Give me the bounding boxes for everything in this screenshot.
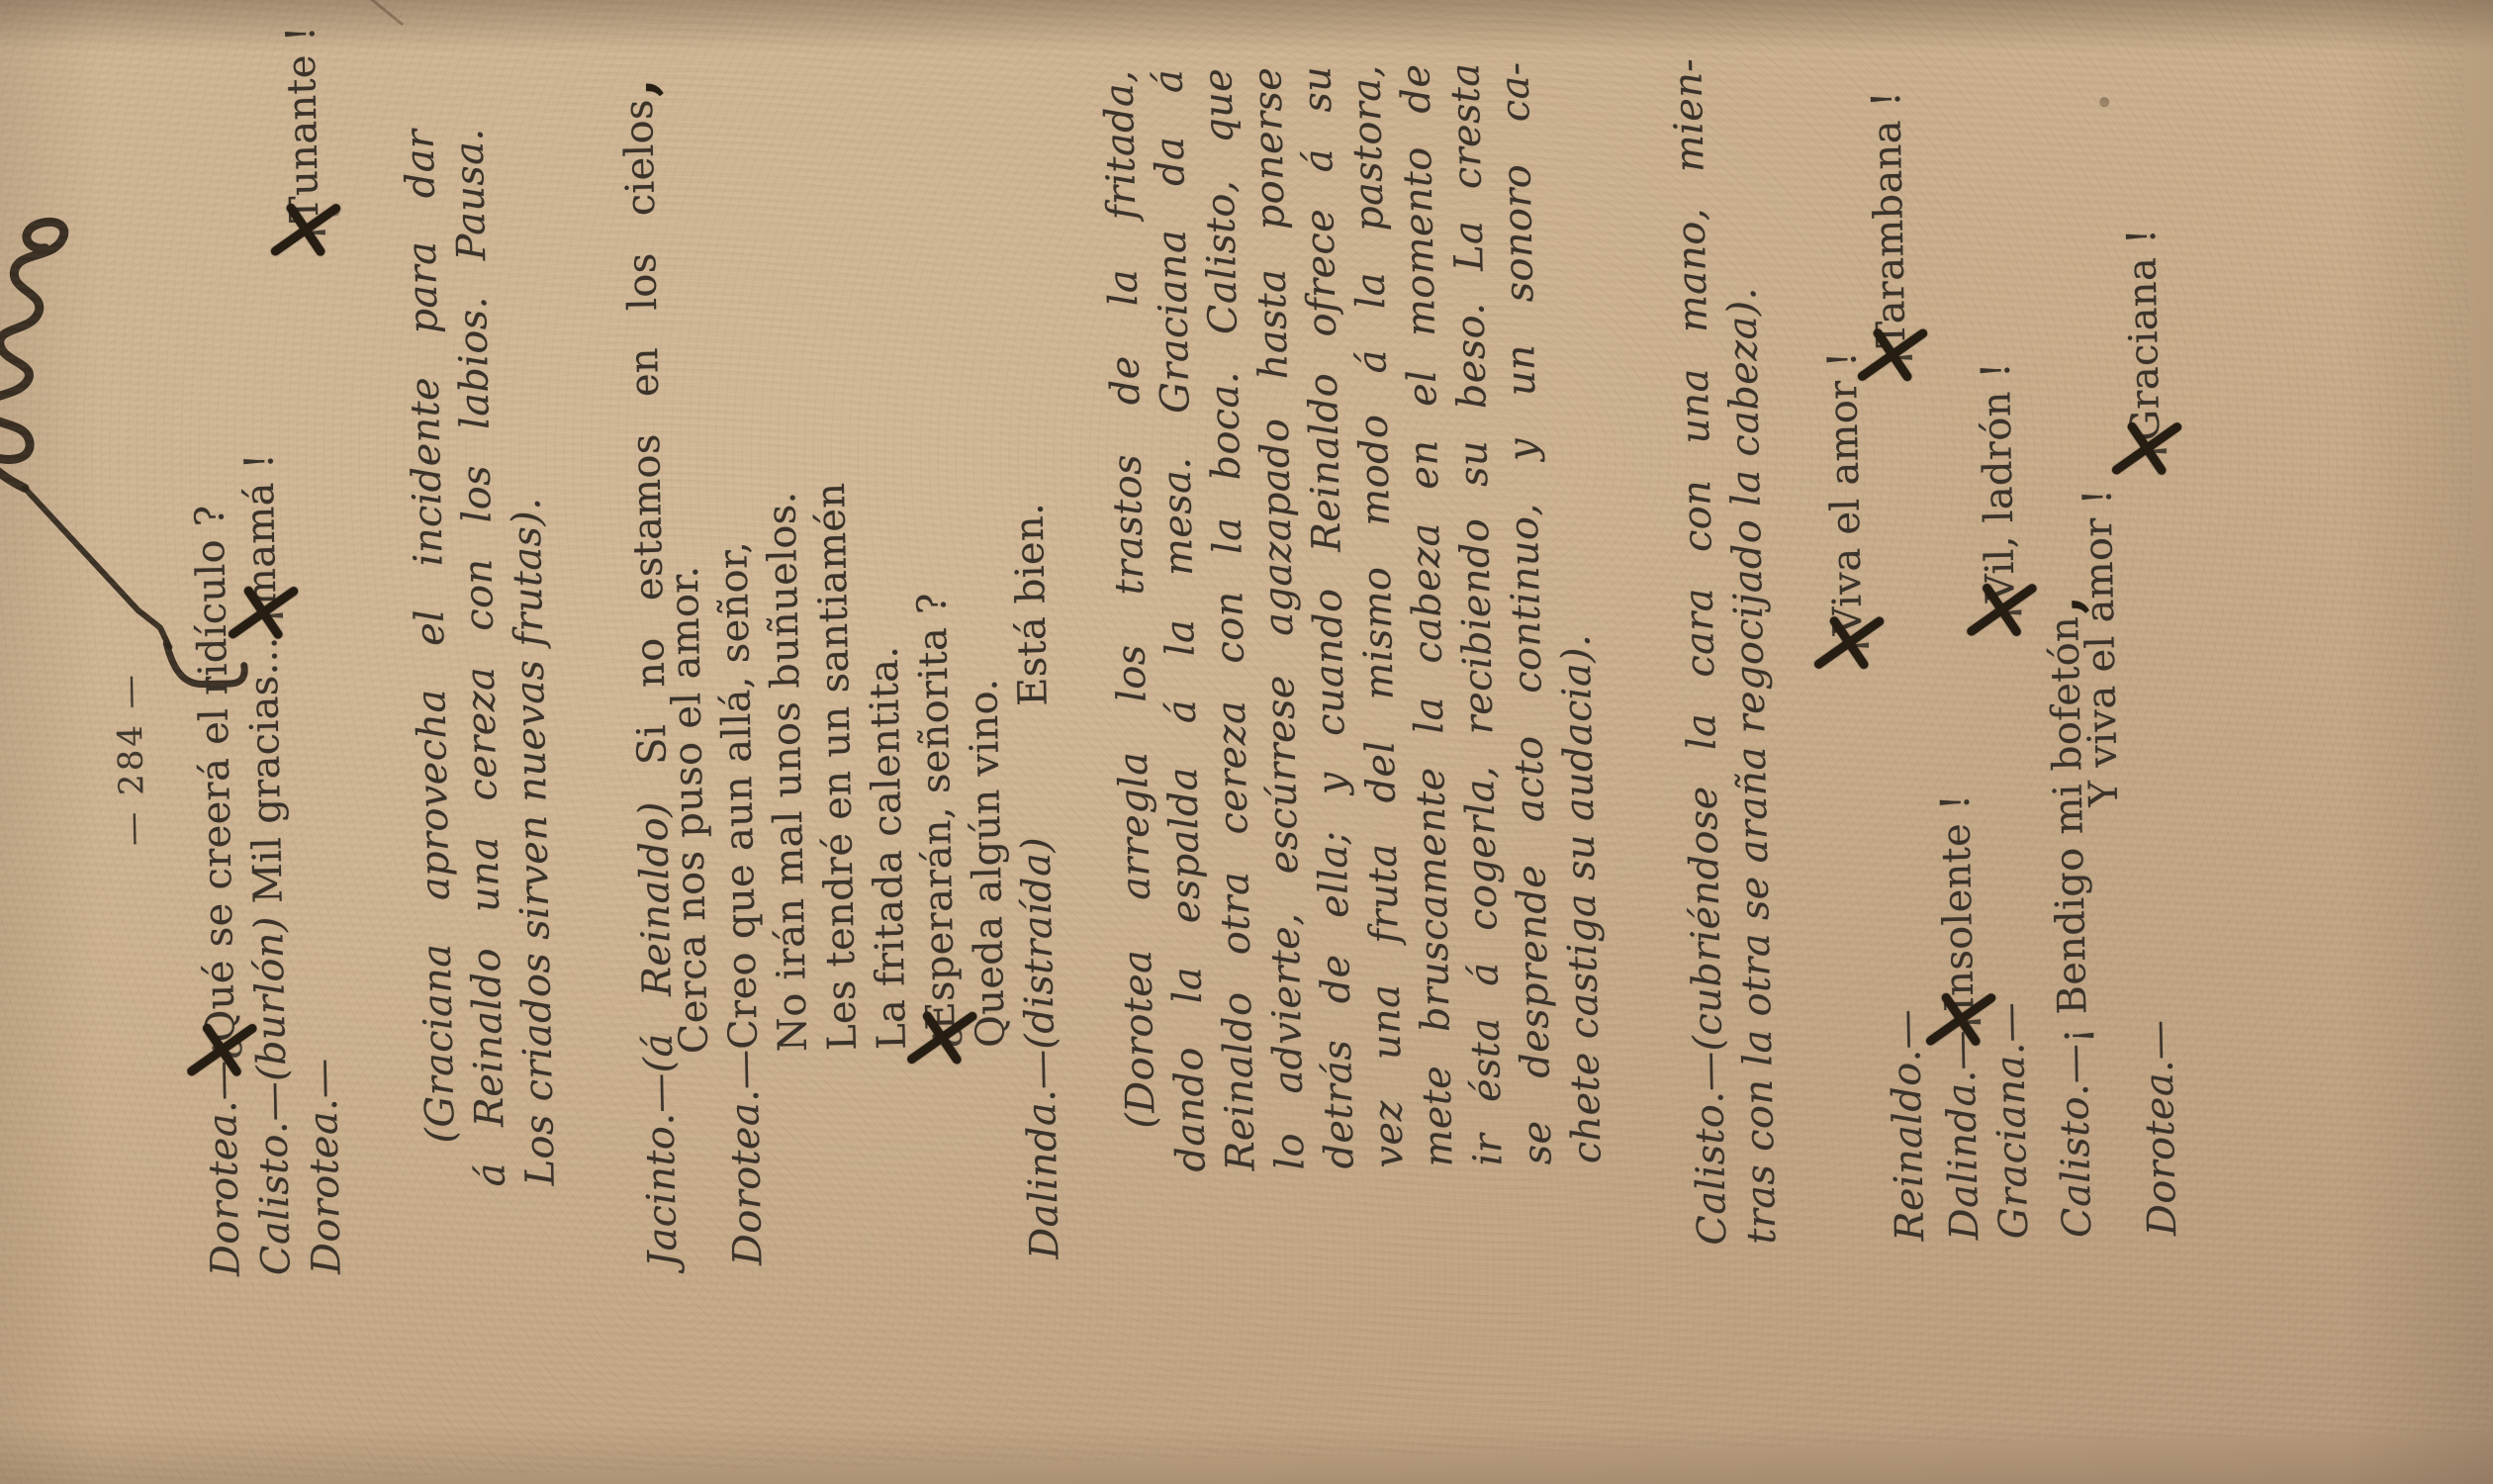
dialogue-text: .— <box>1686 1051 1732 1104</box>
speaker-name: Calisto <box>2052 1096 2100 1239</box>
ink-speck <box>2099 97 2109 107</box>
text-line: Reinaldo.—¡Tarambana ! <box>1885 1009 1932 1242</box>
verse-continuation: ¡Tarambana ! <box>1866 90 1914 366</box>
text-line: Cerca nos puso el amor. <box>664 565 717 1054</box>
dialogue-text: Graciana ! <box>2119 228 2170 441</box>
dialogue-text: .— <box>1986 1002 2033 1056</box>
dialogue-text: Esperarán, señorita ? <box>909 593 964 1031</box>
dialogue-text: .— <box>2136 1019 2182 1072</box>
dialogue-text: .— <box>721 1049 768 1102</box>
text-line: No irán mal unos buñuelos. <box>761 491 815 1052</box>
text-line: La fritada calentita. <box>863 645 914 1050</box>
dialogue-text: Qué se creerá el ridículo ? <box>187 505 243 1043</box>
verse-continuation: ¡Graciana ! <box>2121 228 2169 460</box>
text-line: Y viva el amor ! <box>2077 488 2126 806</box>
speaker-name: Calisto <box>1687 1103 1735 1246</box>
speaker-name: Dalinda <box>1939 1082 1987 1241</box>
dialogue-text: mamá ! <box>236 453 285 606</box>
stage-direction-text: (distraída) <box>1014 837 1063 1051</box>
speaker-name: Dorotea <box>722 1102 771 1266</box>
speaker-name: Calisto <box>251 1134 300 1276</box>
speaker-name: Dorotea <box>301 1111 349 1275</box>
dialogue-text: .— <box>1883 1009 1929 1063</box>
x-mark-over-punctuation: ¡ <box>1871 347 1914 366</box>
dialogue-text: Tunante ! <box>278 25 327 223</box>
dialogue-text: Y viva el amor ! <box>2075 488 2127 806</box>
dialogue-text: La fritada calentita. <box>861 645 915 1050</box>
speaker-name: Graciana <box>1987 1055 2037 1240</box>
verse-continuation: ¡Vil, ladrón ! <box>1976 362 2024 621</box>
text-line: Les tendré en un santiamén <box>810 482 865 1051</box>
text-line: Dalinda.—¡Insolente ! <box>1935 793 1987 1241</box>
stage-direction-text: (burlón) <box>246 903 296 1082</box>
dialogue-text: .— <box>300 1058 346 1111</box>
speaker-name: Dorotea <box>200 1113 248 1277</box>
x-mark-over-punctuation: ¡ <box>1827 635 1871 654</box>
text-line: Dalinda.—(distraída)Está bien. <box>1016 837 1067 1260</box>
dialogue-text: .— <box>250 1081 297 1135</box>
speaker-name: Dalinda <box>1019 1102 1067 1260</box>
dialogue-text: Les tendré en un santiamén <box>808 482 866 1051</box>
text-line: Queda algún vino. <box>963 678 1013 1048</box>
dialogue-text: Queda algún vino. <box>961 678 1014 1048</box>
dialogue-text: Creo que aun allá, señor, <box>710 541 767 1051</box>
page-number: — 284 — <box>107 561 154 958</box>
text-line: chete castiga su audacia). <box>1555 634 1609 1164</box>
stage-direction-text: chete castiga su audacia). <box>1553 634 1610 1164</box>
x-mark-over-punctuation: ¡ <box>1981 603 2024 621</box>
dialogue-text: Tarambana ! <box>1864 90 1914 347</box>
dialogue-text: Insolente ! <box>1933 793 1984 1012</box>
text-line: Dorotea.—¡Tunante ! <box>302 1058 349 1274</box>
text-line: Dorotea.—¡Graciana ! <box>2138 1019 2185 1236</box>
page-crease-line <box>362 0 403 26</box>
dialogue-text: Vil, ladrón ! <box>1974 362 2024 603</box>
dialogue-text: Está bien. <box>1006 503 1056 707</box>
dialogue-text: .— <box>636 1072 683 1126</box>
handwritten-comma: , <box>603 78 667 98</box>
text-line: Graciana.—¡Vil, ladrón ! <box>1988 1002 2036 1240</box>
dialogue-text: No irán mal unos buñuelos. <box>759 491 816 1052</box>
speaker-name: Jacinto <box>638 1125 687 1267</box>
stage-direction-text: Los criados sirven nuevas frutas). <box>504 497 564 1186</box>
book-page: — 284 — Dorotea.—¿Qué se creerá el ridíc… <box>0 0 2492 1484</box>
speaker-name: Reinaldo <box>1884 1062 1933 1242</box>
text-line: Los criados sirven nuevas frutas). <box>506 497 563 1185</box>
pen-flourish-mark <box>0 222 69 489</box>
x-mark-over-punctuation: ¡ <box>1939 1011 1983 1030</box>
x-mark-over-punctuation: ¡ <box>284 222 327 240</box>
dialogue-text: Viva el amor ! <box>1819 351 1871 636</box>
dialogue-text: Mil gracias... <box>240 623 292 904</box>
text-line: ¡Viva el amor ! <box>1821 351 1871 655</box>
text-line: Calisto.—(burlón) Mil gracias... ¡mamá ! <box>238 453 299 1276</box>
text-line: Calisto.—(cubriéndose la cara con una ma… <box>1667 57 1734 1246</box>
dialogue-text: Cerca nos puso el amor. <box>662 565 717 1054</box>
scanned-book-page: — 284 — Dorotea.—¿Qué se creerá el ridíc… <box>0 0 2493 1484</box>
text-line: ¿Esperarán, señorita ? <box>911 593 964 1050</box>
verse-continuation: Está bien. <box>1008 503 1055 707</box>
speaker-name: Dorotea <box>2137 1072 2185 1237</box>
x-mark-over-punctuation: ¡ <box>2125 440 2169 459</box>
verse-continuation: ¡Tunante ! <box>280 25 327 240</box>
x-mark-over-punctuation: ¿ <box>201 1042 244 1061</box>
stage-direction-text: (cubriéndose la cara con una mano, mien- <box>1665 57 1731 1052</box>
dialogue-text: .—¡ <box>2051 1014 2098 1097</box>
dialogue-text: .— <box>1018 1049 1064 1102</box>
x-mark-over-punctuation: ¿ <box>921 1030 965 1049</box>
x-mark-over-punctuation: ¡ <box>241 605 285 624</box>
